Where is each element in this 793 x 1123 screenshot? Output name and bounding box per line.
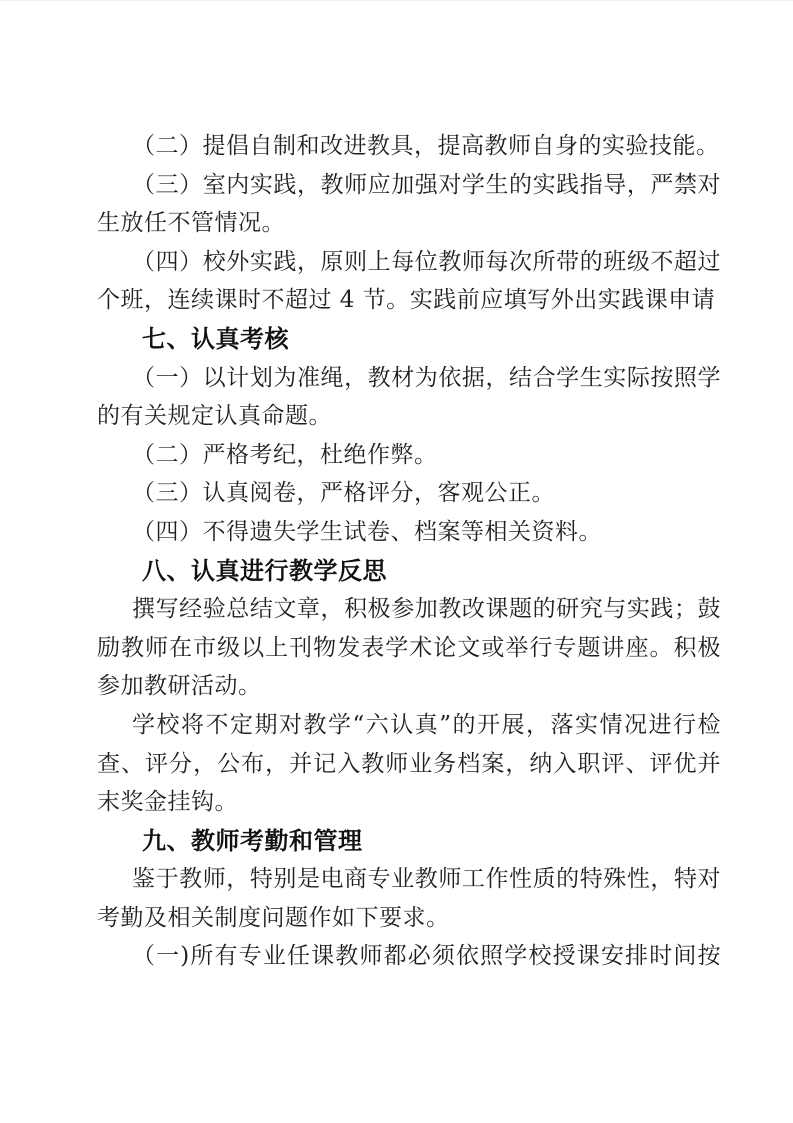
text-line: 查、评分，公布，并记入教师业务档案，纳入职评、评优并与期 <box>97 745 721 784</box>
text-line: 鉴于教师，特别是电商专业教师工作性质的特殊性，特对其 <box>97 860 721 899</box>
text-line: 个班，连续课时不超过 4 节。实践前应填写外出实践课申请表。 <box>97 281 721 320</box>
text-line: （二）提倡自制和改进教具，提高教师自身的实验技能。 <box>97 127 721 166</box>
body-paragraph: （二）提倡自制和改进教具，提高教师自身的实验技能。 <box>97 127 721 166</box>
body-paragraph: 撰写经验总结文章，积极参加教改课题的研究与实践；鼓励教师在市级以上刊物发表学术论… <box>97 590 721 706</box>
body-paragraph: 学校将不定期对教学“六认真”的开展，落实情况进行检查、评分，公布，并记入教师业务… <box>97 706 721 822</box>
body-paragraph: （三）室内实践，教师应加强对学生的实践指导，严禁对学生放任不管情况。 <box>97 166 721 243</box>
text-line: 撰写经验总结文章，积极参加教改课题的研究与实践；鼓 <box>97 590 721 629</box>
text-line: （一)所有专业任课教师都必须依照学校授课安排时间按时 <box>97 937 721 976</box>
body-paragraph: （四）校外实践，原则上每位教师每次所带的班级不超过 2个班，连续课时不超过 4 … <box>97 243 721 320</box>
text-line: 参加教研活动。 <box>97 667 721 706</box>
text-line: （四）校外实践，原则上每位教师每次所带的班级不超过 2 <box>97 243 721 282</box>
body-paragraph: （一)所有专业任课教师都必须依照学校授课安排时间按时 <box>97 937 721 976</box>
text-line: （三）室内实践，教师应加强对学生的实践指导，严禁对学 <box>97 166 721 205</box>
body-paragraph: （三）认真阅卷，严格评分，客观公正。 <box>97 474 721 513</box>
body-paragraph: （四）不得遗失学生试卷、档案等相关资料。 <box>97 513 721 552</box>
text-line: 生放任不管情况。 <box>97 204 721 243</box>
text-line: 励教师在市级以上刊物发表学术论文或举行专题讲座。积极准时 <box>97 629 721 668</box>
body-paragraph: （二）严格考纪，杜绝作弊。 <box>97 436 721 475</box>
text-line: 考勤及相关制度问题作如下要求。 <box>97 899 721 938</box>
body-paragraph: 鉴于教师，特别是电商专业教师工作性质的特殊性，特对其考勤及相关制度问题作如下要求… <box>97 860 721 937</box>
text-line: 的有关规定认真命题。 <box>97 397 721 436</box>
body-paragraph: （一）以计划为准绳，教材为依据，结合学生实际按照学校的有关规定认真命题。 <box>97 359 721 436</box>
text-line: （二）严格考纪，杜绝作弊。 <box>97 436 721 475</box>
section-heading: 八、认真进行教学反思 <box>97 552 721 591</box>
section-heading: 九、教师考勤和管理 <box>97 822 721 861</box>
heading-line: 八、认真进行教学反思 <box>97 552 721 591</box>
heading-line: 七、认真考核 <box>97 320 721 359</box>
text-line: （四）不得遗失学生试卷、档案等相关资料。 <box>97 513 721 552</box>
heading-line: 九、教师考勤和管理 <box>97 822 721 861</box>
section-heading: 七、认真考核 <box>97 320 721 359</box>
text-line: （三）认真阅卷，严格评分，客观公正。 <box>97 474 721 513</box>
text-line: （一）以计划为准绳，教材为依据，结合学生实际按照学校 <box>97 359 721 398</box>
text-line: 末奖金挂钩。 <box>97 783 721 822</box>
document-body: （二）提倡自制和改进教具，提高教师自身的实验技能。（三）室内实践，教师应加强对学… <box>97 127 721 976</box>
text-line: 学校将不定期对教学“六认真”的开展，落实情况进行检 <box>97 706 721 745</box>
document-page: （二）提倡自制和改进教具，提高教师自身的实验技能。（三）室内实践，教师应加强对学… <box>0 0 793 1123</box>
